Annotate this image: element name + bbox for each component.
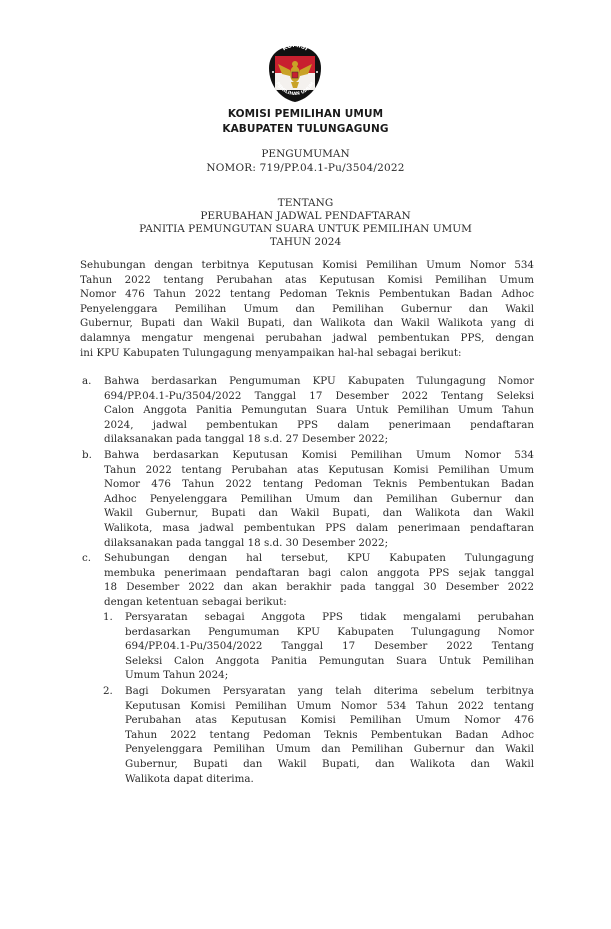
item-a-text: Bahwa berdasarkan Pengumuman KPU Kabupat…: [104, 374, 534, 447]
text-line: Tahun 2022 tentang Pedoman Teknis Pemben…: [125, 728, 534, 743]
text-line: Sehubungan dengan hal tersebut, KPU Kabu…: [104, 551, 534, 566]
text-line: membuka penerimaan pendaftaran bagi calo…: [104, 566, 534, 581]
text-line: Seleksi Calon Anggota Panitia Pemungutan…: [125, 654, 534, 669]
subject-line: PERUBAHAN JADWAL PENDAFTARAN: [0, 209, 611, 223]
text-line: Nomor 476 Tahun 2022 tentang Pedoman Tek…: [80, 287, 534, 302]
text-line: dilaksanakan pada tanggal 18 s.d. 27 Des…: [104, 432, 534, 447]
text-line: 694/PP.04.1-Pu/3504/2022 Tanggal 17 Dese…: [104, 389, 534, 404]
text-line: Penyelenggara Pemilihan Umum dan Pemilih…: [125, 742, 534, 757]
text-line: Nomor 476 Tahun 2022 tentang Pedoman Tek…: [104, 477, 534, 492]
text-line: Wakil Gubernur, Bupati dan Wakil Bupati,…: [104, 506, 534, 521]
text-line: Calon Anggota Panitia Pemungutan Suara U…: [104, 403, 534, 418]
text-line: 694/PP.04.1-Pu/3504/2022 Tanggal 17 Dese…: [125, 639, 534, 654]
text-line: Sehubungan dengan terbitnya Keputusan Ko…: [80, 258, 534, 273]
text-line: Keputusan Komisi Pemilihan Umum Nomor 53…: [125, 699, 534, 714]
text-line: dalamnya mengatur mengenai perubahan jad…: [80, 331, 534, 346]
subject-label: TENTANG: [0, 196, 611, 210]
text-line: Tahun 2022 tentang Perubahan atas Keputu…: [80, 273, 534, 288]
org-name: KOMISI PEMILIHAN UMUM: [0, 108, 611, 120]
text-line: dengan ketentuan sebagai berikut:: [104, 595, 534, 610]
text-line: Tahun 2022 tentang Perubahan atas Keputu…: [104, 463, 534, 478]
org-regency: KABUPATEN TULUNGAGUNG: [0, 123, 611, 135]
text-line: Walikota dapat diterima.: [125, 772, 534, 787]
subject-year: TAHUN 2024: [0, 235, 611, 249]
subitem-1-text: Persyaratan sebagai Anggota PPS tidak me…: [125, 610, 534, 683]
text-line: dilaksanakan pada tanggal 18 s.d. 30 Des…: [104, 536, 534, 551]
text-line: Penyelenggara Pemilihan Umum dan Pemilih…: [80, 302, 534, 317]
item-b-text: Bahwa berdasarkan Keputusan Komisi Pemil…: [104, 448, 534, 550]
intro-paragraph: Sehubungan dengan terbitnya Keputusan Ko…: [80, 258, 534, 360]
subject-line: PANITIA PEMUNGUTAN SUARA UNTUK PEMILIHAN…: [0, 222, 611, 236]
text-line: ini KPU Kabupaten Tulungagung menyampaik…: [80, 346, 534, 361]
item-marker-b: b.: [82, 448, 92, 463]
text-line: Bahwa berdasarkan Pengumuman KPU Kabupat…: [104, 374, 534, 389]
text-line: Gubernur, Bupati dan Wakil Bupati, dan W…: [125, 757, 534, 772]
text-line: Bahwa berdasarkan Keputusan Komisi Pemil…: [104, 448, 534, 463]
text-line: Walikota, masa jadwal pembentukan PPS da…: [104, 521, 534, 536]
subitem-marker-1: 1.: [103, 610, 113, 625]
item-marker-c: c.: [82, 551, 91, 566]
text-line: Gubernur, Bupati dan Wakil Bupati, dan W…: [80, 316, 534, 331]
text-line: 18 Desember 2022 dan akan berakhir pada …: [104, 580, 534, 595]
announcement-number: NOMOR: 719/PP.04.1-Pu/3504/2022: [0, 161, 611, 175]
text-line: 2024, jadwal pembentukan PPS dalam pener…: [104, 418, 534, 433]
text-line: Umum Tahun 2024;: [125, 668, 534, 683]
subitem-marker-2: 2.: [103, 684, 113, 699]
kpu-emblem-icon: KOMISI PEMILIHAN UMUM: [266, 44, 324, 104]
announcement-title: PENGUMUMAN: [0, 147, 611, 161]
text-line: Persyaratan sebagai Anggota PPS tidak me…: [125, 610, 534, 625]
text-line: Adhoc Penyelenggara Pemilihan Umum dan P…: [104, 492, 534, 507]
document-page: KOMISI PEMILIHAN UMUM KOMISI PEMILIHAN U…: [0, 0, 611, 929]
item-c-text: Sehubungan dengan hal tersebut, KPU Kabu…: [104, 551, 534, 609]
text-line: Perubahan atas Keputusan Komisi Pemiliha…: [125, 713, 534, 728]
subitem-2-text: Bagi Dokumen Persyaratan yang telah dite…: [125, 684, 534, 786]
text-line: berdasarkan Pengumuman KPU Kabupaten Tul…: [125, 625, 534, 640]
item-marker-a: a.: [82, 374, 91, 389]
text-line: Bagi Dokumen Persyaratan yang telah dite…: [125, 684, 534, 699]
